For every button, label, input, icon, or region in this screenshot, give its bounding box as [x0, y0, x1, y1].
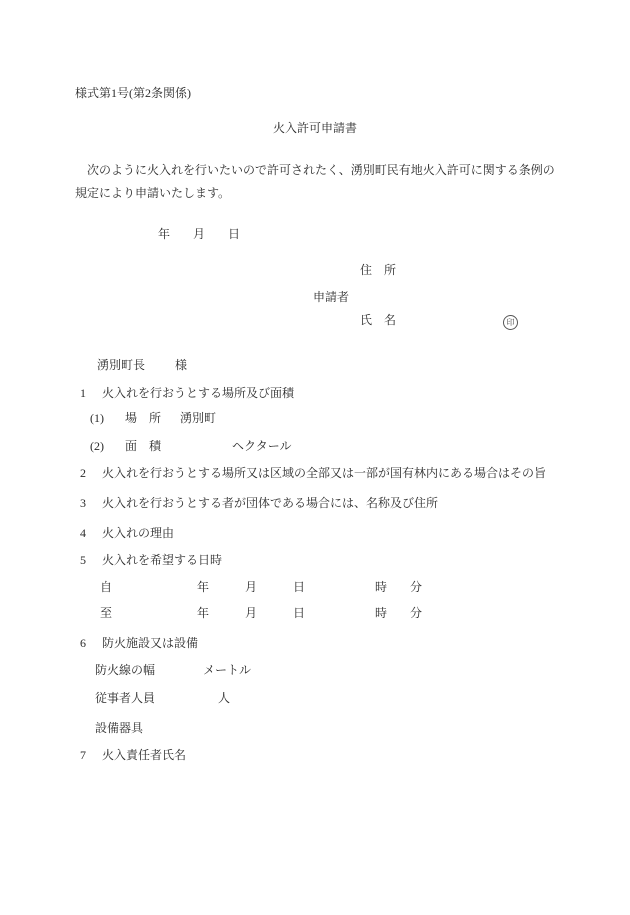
- datetime-from-hour: 時: [375, 579, 387, 595]
- workers-label: 従事者人員: [95, 690, 155, 706]
- equipment-label: 設備器具: [95, 720, 143, 736]
- item-5-number: 5: [80, 552, 86, 568]
- datetime-to-year: 年: [197, 605, 209, 621]
- datetime-to-day: 日: [293, 605, 305, 621]
- form-number: 様式第1号(第2条関係): [75, 85, 191, 101]
- item-3-text: 火入れを行おうとする者が団体である場合には、名称及び住所: [102, 495, 438, 511]
- area-row-unit: ヘクタール: [232, 438, 292, 454]
- item-1-number: 1: [80, 385, 86, 401]
- datetime-from-minute: 分: [410, 579, 422, 595]
- addressee-name: 湧別町長: [97, 357, 145, 373]
- item-7-number: 7: [80, 747, 86, 763]
- page-title: 火入許可申請書: [0, 120, 630, 136]
- workers-unit: 人: [218, 690, 230, 706]
- datetime-from-month: 月: [245, 579, 257, 595]
- location-row-number: (1): [90, 410, 104, 426]
- date-month-label: 月: [193, 226, 205, 242]
- datetime-to-month: 月: [245, 605, 257, 621]
- datetime-to-minute: 分: [410, 605, 422, 621]
- datetime-from-year: 年: [197, 579, 209, 595]
- item-1-text: 火入れを行おうとする場所及び面積: [102, 385, 294, 401]
- application-form-page: 様式第1号(第2条関係) 火入許可申請書 次のように火入れを行いたいので許可され…: [0, 0, 630, 915]
- applicant-label: 申請者: [313, 289, 349, 305]
- addressee-honorific: 様: [175, 357, 187, 373]
- applicant-name-label: 氏 名: [360, 312, 396, 328]
- item-3-number: 3: [80, 495, 86, 511]
- datetime-from-day: 日: [293, 579, 305, 595]
- item-7-text: 火入責任者氏名: [102, 747, 186, 763]
- datetime-to-prefix: 至: [100, 605, 112, 621]
- item-6-number: 6: [80, 635, 86, 651]
- area-row-label: 面 積: [125, 438, 161, 454]
- applicant-address-label: 住 所: [360, 262, 396, 278]
- intro-paragraph: 次のように火入れを行いたいので許可されたく、湧別町民有地火入許可に関する条例の規…: [75, 159, 559, 205]
- date-year-label: 年: [158, 226, 170, 242]
- datetime-from-prefix: 自: [100, 579, 112, 595]
- datetime-to-hour: 時: [375, 605, 387, 621]
- item-5-text: 火入れを希望する日時: [102, 552, 222, 568]
- seal-mark-icon: 印: [503, 315, 518, 330]
- date-day-label: 日: [228, 226, 240, 242]
- item-2-number: 2: [80, 465, 86, 481]
- seal-mark-text: 印: [507, 319, 515, 327]
- item-4-text: 火入れの理由: [102, 525, 174, 541]
- firebreak-width-unit: メートル: [203, 662, 251, 678]
- area-row-number: (2): [90, 438, 104, 454]
- item-2-text: 火入れを行おうとする場所又は区域の全部又は一部が国有林内にある場合はその旨: [102, 465, 546, 481]
- item-6-text: 防火施設又は設備: [102, 635, 198, 651]
- firebreak-width-label: 防火線の幅: [95, 662, 155, 678]
- location-row-value: 湧別町: [180, 410, 216, 426]
- item-4-number: 4: [80, 525, 86, 541]
- location-row-label: 場 所: [125, 410, 161, 426]
